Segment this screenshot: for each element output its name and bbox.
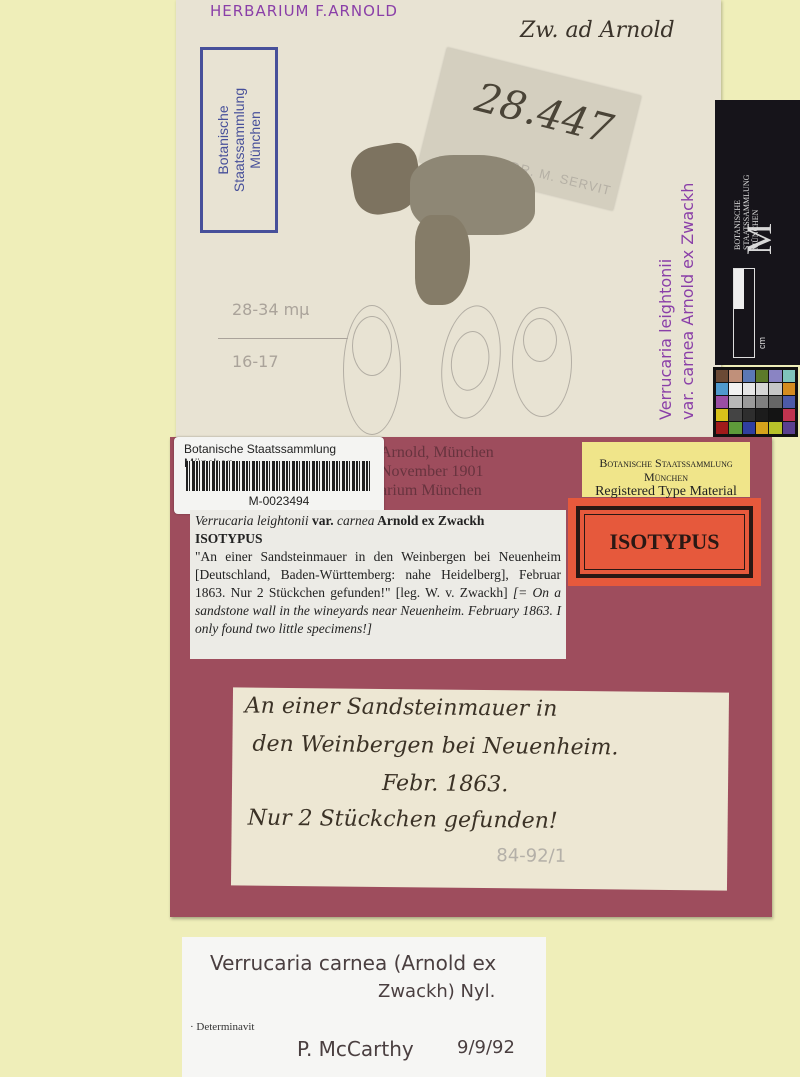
color-patch bbox=[729, 383, 741, 395]
scale-ruler: M BOTANISCHE STAATSSAMMLUNG MÜNCHEN cm bbox=[715, 100, 800, 365]
ruler-text: STAATSSAMMLUNG bbox=[742, 175, 751, 250]
color-patch bbox=[769, 383, 781, 395]
det-name-line1: Verrucaria carnea (Arnold ex bbox=[210, 951, 496, 975]
color-patch bbox=[743, 383, 755, 395]
fraction-line bbox=[218, 338, 348, 339]
stamp-line: München bbox=[247, 88, 263, 192]
label-quote: "An einer Sandsteinmauer in den Weinberg… bbox=[195, 548, 561, 638]
barcode-label: Botanische Staatssammlung München M-0023… bbox=[174, 437, 384, 514]
rank: var. bbox=[309, 513, 337, 528]
variety: carnea bbox=[337, 513, 375, 528]
stamp-line: arium München bbox=[380, 481, 494, 500]
handwritten-line: Nur 2 Stückchen gefunden! bbox=[248, 806, 558, 834]
color-patch bbox=[716, 422, 728, 434]
barcode-icon bbox=[186, 461, 372, 491]
color-patch bbox=[769, 370, 781, 382]
determinavit-label: · Determinavit bbox=[190, 1021, 254, 1033]
registered-type-label: Botanische StaatssammlungMünchen Registe… bbox=[582, 442, 750, 497]
spore-drawing bbox=[512, 307, 572, 417]
original-quote: "An einer Sandsteinmauer in den Weinberg… bbox=[195, 549, 561, 600]
color-patch bbox=[769, 422, 781, 434]
handwritten-label: An einer Sandsteinmauer in den Weinberge… bbox=[231, 687, 729, 890]
genus-species: Verrucaria leightonii bbox=[195, 513, 309, 528]
isotypus-label: ISOTYPUS bbox=[568, 498, 761, 586]
ruler-text: BOTANISCHE bbox=[733, 175, 742, 250]
handwritten-line: den Weinbergen bei Neuenheim. bbox=[252, 732, 618, 761]
stamp-line: November 1901 bbox=[380, 462, 494, 481]
color-patch bbox=[769, 409, 781, 421]
spore-length: 28-34 mμ bbox=[232, 300, 309, 319]
color-patch bbox=[716, 396, 728, 408]
color-patch bbox=[783, 396, 795, 408]
annotation-line: var. carnea Arnold ex Zwackh bbox=[677, 183, 699, 420]
type-label: Verrucaria leightonii var. carnea Arnold… bbox=[190, 510, 566, 659]
stamp-line: Botanische bbox=[215, 88, 231, 192]
reg-inst-line: München bbox=[644, 470, 688, 484]
color-patch bbox=[769, 396, 781, 408]
det-name-line2: Zwackh) Nyl. bbox=[378, 981, 495, 1002]
color-patch bbox=[716, 370, 728, 382]
reg-inst-line: Botanische Staatssammlung bbox=[599, 456, 732, 470]
color-patch bbox=[783, 409, 795, 421]
institution-stamp: Botanische Staatssammlung München bbox=[200, 47, 278, 233]
color-patch bbox=[743, 370, 755, 382]
color-patch bbox=[783, 422, 795, 434]
type-status: ISOTYPUS bbox=[195, 530, 561, 548]
specimen-fragment bbox=[415, 215, 470, 305]
typed-stamp: Arnold, München November 1901 arium Münc… bbox=[380, 443, 494, 500]
isotypus-text: ISOTYPUS bbox=[584, 514, 745, 570]
color-patch bbox=[756, 383, 768, 395]
cm-scale bbox=[733, 268, 755, 358]
color-patch bbox=[783, 383, 795, 395]
color-patch bbox=[729, 396, 741, 408]
handwritten-line: An einer Sandsteinmauer in bbox=[245, 694, 558, 722]
det-date: 9/9/92 bbox=[457, 1037, 515, 1058]
color-checker bbox=[713, 367, 798, 437]
reg-institution: Botanische StaatssammlungMünchen bbox=[582, 456, 750, 484]
color-patch bbox=[716, 383, 728, 395]
color-patch bbox=[743, 422, 755, 434]
pencil-note: 84-92/1 bbox=[496, 845, 566, 867]
accession-number: 28.447 bbox=[471, 75, 618, 153]
color-patch bbox=[756, 396, 768, 408]
color-patch bbox=[729, 422, 741, 434]
determination-label: Verrucaria carnea (Arnold ex Zwackh) Nyl… bbox=[182, 937, 546, 1077]
color-patch bbox=[783, 370, 795, 382]
barcode-id: M-0023494 bbox=[174, 494, 384, 508]
color-patch bbox=[743, 409, 755, 421]
taxon-name: Verrucaria leightonii var. carnea Arnold… bbox=[195, 512, 561, 530]
color-patch bbox=[756, 422, 768, 434]
color-patch bbox=[716, 409, 728, 421]
color-patch bbox=[729, 409, 741, 421]
stamp-line: Staatssammlung bbox=[231, 88, 247, 192]
determiner: P. McCarthy bbox=[297, 1037, 414, 1061]
spore-drawing bbox=[343, 305, 401, 435]
color-patch bbox=[743, 396, 755, 408]
ruler-text: MÜNCHEN bbox=[751, 175, 760, 250]
annotation-line: Verrucaria leightonii bbox=[655, 183, 677, 420]
ruler-institution: BOTANISCHE STAATSSAMMLUNG MÜNCHEN bbox=[733, 175, 760, 250]
authority: Arnold ex Zwackh bbox=[375, 513, 485, 528]
cm-unit: cm bbox=[757, 337, 767, 349]
herbarium-stamp: HERBARIUM F.ARNOLD bbox=[210, 2, 398, 20]
color-patch bbox=[756, 370, 768, 382]
spore-width: 16-17 bbox=[232, 352, 279, 371]
stamp-line: Arnold, München bbox=[380, 443, 494, 462]
color-patch bbox=[729, 370, 741, 382]
handwritten-header: Zw. ad Arnold bbox=[520, 18, 675, 43]
handwritten-line: Febr. 1863. bbox=[382, 771, 508, 797]
vertical-annotation: Verrucaria leightonii var. carnea Arnold… bbox=[655, 183, 699, 420]
color-patch bbox=[756, 409, 768, 421]
